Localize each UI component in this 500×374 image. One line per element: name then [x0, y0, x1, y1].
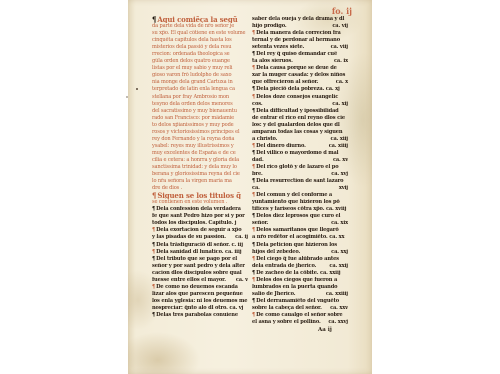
chapter-entry: ¶Delos diez leprosos que curo elca. xixs…	[252, 213, 348, 227]
chapter-entry: ¶Delos doze consejos euangelicca. xijcos…	[252, 94, 348, 108]
chapter-line: ¶De como caualgo el señor sobre	[252, 312, 348, 319]
chapter-line: yuntamiento que hizieron los põ	[252, 199, 348, 206]
chapter-line: ¶Delos doze consejos euangelic	[252, 94, 348, 101]
chapter-entry: ¶Dela peticion que hizieron losca. xxjhi…	[252, 242, 348, 256]
manuscript-page: fo. ij ¶Aqui comiẽça la segũ da parte de…	[128, 0, 372, 374]
intro-line: to delos xp̃ianissimos y muy pode	[152, 122, 248, 129]
intro-line: ysabel: reyes muy illustrissimos y	[152, 143, 248, 150]
chapter-line: ¶Dela difficultad y ipossibilidad	[252, 108, 348, 115]
chapter-line: ca. xxijdela entrada de jherico.	[252, 263, 348, 270]
chapter-number: ca. xxv	[330, 305, 348, 312]
pilcrow-icon: ¶	[252, 94, 255, 100]
chapter-number: ca. ix	[334, 58, 348, 65]
chapter-number: ca. xv	[333, 157, 348, 164]
pilcrow-icon: ¶	[252, 298, 255, 304]
chapter-line: ca. xxvsobre la cabeça del señor.	[252, 305, 348, 312]
chapter-line: ternal y de perdonar al hermano	[252, 37, 348, 44]
intro-line: stellana por fray Ambrosio mon	[152, 94, 248, 101]
pilcrow-icon: ¶	[152, 256, 155, 262]
chapter-line: ¶Dela trãsfiguraciõ dl señor. c. iij	[152, 242, 248, 249]
chapter-line: nospreciar: q̃nto alo dl otro. ca. vj	[152, 305, 248, 312]
chapter-entry: ¶De como no deuemos escandalizar alos qu…	[152, 284, 248, 312]
chapter-line: cacion dlos discipulos sobre qual	[152, 270, 248, 277]
pilcrow-icon: ¶	[252, 242, 255, 248]
pilcrow-icon: ¶	[152, 249, 155, 255]
pilcrow-icon: ¶	[252, 164, 255, 170]
chapter-entry: ¶Delos dos ciegos que fueron alumbrados …	[252, 277, 348, 298]
pilcrow-icon: ¶	[252, 30, 255, 36]
chapter-entry: ¶Del ciego q̃ fue alũbrado antesca. xxij…	[252, 256, 348, 270]
chapter-line: lumbrados en la puerta quando	[252, 284, 348, 291]
chapter-line: ¶Del rico glotõ y de lazaro el po	[252, 164, 348, 171]
chapter-line: ¶Del derramamiẽto del vnguẽto	[252, 298, 348, 305]
intro-line: terpretado de latin enla lengua ca	[152, 86, 248, 93]
chapter-entry: ¶Dela confession dela verdaderafe que sa…	[152, 206, 248, 227]
pilcrow-icon: ¶	[252, 256, 255, 262]
chapter-line: ca. xvdad.	[252, 157, 348, 164]
pilcrow-icon: ¶	[252, 51, 255, 57]
chapter-line: ¶Del ciego q̃ fue alũbrado antes	[252, 256, 348, 263]
chapter-line: saber dela oueja y dela drama y dl	[252, 16, 348, 23]
chapter-line: amparan todas las cosas y siguen	[252, 129, 348, 136]
intro-line: rosos y victoriosissimos principes el	[152, 129, 248, 136]
intro-line: cilia e cetera: a honrra y gloria dela	[152, 157, 248, 164]
chapter-line: ¶Del villico o mayordomo d mal	[252, 150, 348, 157]
intro-line: tesyno dela orden delos menores	[152, 101, 248, 108]
wormhole-mark	[126, 96, 128, 98]
chapter-entry: saber dela oueja y dela drama y dlca. vi…	[252, 16, 348, 30]
intro-line: rrecion: ordenada theologica se	[152, 51, 248, 58]
chapter-line: ca. xque offrecieron al señor.	[252, 79, 348, 86]
intro-line: rey don Fernando y la reyna doña	[152, 136, 248, 143]
chapter-number: ca. xvj	[331, 171, 348, 178]
chapter-number: ca. x	[336, 79, 348, 86]
chapter-number: ca. xxij	[329, 263, 348, 270]
chapter-line: lizar alos que parescen pequeñue	[152, 291, 248, 298]
intro-line: su xp̃o. El qual cõtiene en este volume	[152, 30, 248, 37]
chapter-line: ¶Dela causa porque se deue de	[252, 65, 348, 72]
chapter-number: ca. xiij	[331, 136, 349, 143]
right-column: saber dela oueja y dela drama y dlca. vi…	[252, 16, 348, 326]
intro-line: listas por el muy sabio y muy reli	[152, 65, 248, 72]
chapter-entry: ¶Dela resurrection de sant lazaroxvijca.	[252, 178, 348, 192]
section-heading: ¶Siguen se los titulos q̃	[152, 192, 248, 199]
pilcrow-icon: ¶	[252, 65, 255, 71]
intro-line: lo nr̃a señora la virgen maria ma	[152, 178, 248, 185]
chapter-line: ¶Dela manera dela correcion fra	[252, 30, 348, 37]
intro-line: nia monge dela grand Cartuxa in	[152, 79, 248, 86]
chapter-line: ¶Del tributo que se pago por el	[152, 256, 248, 263]
chapter-line: ¶Dela exortacion de seguir a xp̃o	[152, 227, 248, 234]
chapter-entry: ¶Del derramamiẽto del vnguẽtoca. xxvsobr…	[252, 298, 348, 312]
intro-line: rado san Francisco: por mãdamie	[152, 115, 248, 122]
pilcrow-icon: ¶	[252, 178, 255, 184]
chapter-line: ¶Dela peticion que hizieron los	[252, 242, 348, 249]
pilcrow-icon: ¶	[252, 108, 255, 114]
chapter-line: ca. xiiij¶Del dinero diurno.	[252, 143, 348, 150]
chapter-line: ¶Del rey q̃ quiso demandar cuẽ	[252, 51, 348, 58]
chapter-line: ¶Del comun y del conforme a	[252, 192, 348, 199]
chapter-line: ca. xxvjel asna y sobre el pollino.	[252, 319, 348, 326]
chapter-line: ¶Delas tres parabolas conuiene	[152, 312, 248, 319]
chapter-number: ca. xix	[331, 220, 348, 227]
chapter-entry: ¶Del tributo que se pago por elseñor y p…	[152, 256, 248, 284]
chapter-line: ca. viijsetenta vezes siete.	[252, 44, 348, 51]
chapter-line: señor y por sant pedro y dela alter	[152, 263, 248, 270]
chapter-entry: ¶Dela exortacion de seguir a xp̃oca. ijy…	[152, 227, 248, 241]
pilcrow-icon: ¶	[152, 206, 155, 212]
wormhole-mark	[136, 88, 138, 90]
chapter-entry: ¶Dela sanidad dl lunatico. ca. iiij	[152, 249, 248, 256]
chapter-entry: ¶Delos samaritanos que llegarõa nr̃o red…	[252, 227, 348, 241]
pilcrow-icon: ¶	[152, 242, 155, 248]
chapter-number: xvij	[339, 185, 348, 192]
chapter-line: todos los discipulos. Capitulo. j	[152, 220, 248, 227]
pilcrow-icon: ¶	[152, 16, 156, 23]
intro-line: cinquẽta capitulos dela hasta los	[152, 37, 248, 44]
pilcrow-icon: ¶	[152, 192, 156, 199]
signature-mark: Aa ij	[318, 327, 332, 333]
chapter-list: saber dela oueja y dela drama y dlca. vi…	[252, 16, 348, 326]
intro-line: misterios dela passiõ y dela resu	[152, 44, 248, 51]
chapter-line: ca. ijy las pisadas de su passion.	[152, 234, 248, 241]
pilcrow-icon: ¶	[252, 150, 255, 156]
chapter-number: ca. xxiiij	[326, 291, 348, 298]
intro-text: da parte dela vida de nr̃o señor jesu xp…	[152, 23, 248, 192]
chapter-line: ¶De como no deuemos escanda	[152, 284, 248, 291]
chapter-line: xvijca.	[252, 185, 348, 192]
intro-line: muy excelentes de España e de ce	[152, 150, 248, 157]
left-column: ¶Aqui comiẽça la segũ da parte dela vida…	[152, 16, 248, 319]
chapter-entry: ¶Del rey q̃ quiso demandar cuẽca. ixta a…	[252, 51, 348, 65]
chapter-number: ca. xxj	[331, 249, 348, 256]
chapter-line: ¶Delos diez leprosos que curo el	[252, 213, 348, 220]
chapter-entry: ¶De como caualgo el señor sobreca. xxvje…	[252, 312, 348, 326]
pilcrow-icon: ¶	[152, 312, 155, 318]
chapter-entry: ¶Dela manera dela correcion fraternal y …	[252, 30, 348, 51]
chapter-line: ¶Delos dos ciegos que fueron a	[252, 277, 348, 284]
chapter-line: los enla yglesia: ni los deuemos me	[152, 298, 248, 305]
pilcrow-icon: ¶	[252, 213, 255, 219]
chapter-line: ca. xixseñor.	[252, 220, 348, 227]
section-subheading: se contienen en este volumen .	[152, 199, 248, 206]
chapter-line: ca. ixta alos sieruos.	[252, 58, 348, 65]
chapter-line: ca. xiija christo.	[252, 136, 348, 143]
chapter-line: de entrar el rico enl reyno dlos cie	[252, 115, 348, 122]
chapter-number: ca. ij	[235, 234, 248, 241]
pilcrow-icon: ¶	[252, 86, 255, 92]
chapter-number: ca. xxvj	[328, 319, 348, 326]
chapter-number: ca. v	[236, 277, 248, 284]
chapter-entry: ¶De zacheo de la cõbite. ca. xxiij	[252, 270, 348, 277]
intro-line: berana y gloriosissima reyna del cie	[152, 171, 248, 178]
chapter-entry: ¶Dela trãsfiguraciõ dl señor. c. iij	[152, 242, 248, 249]
chapter-line: ca. xxiiijsalio de Jherico.	[252, 291, 348, 298]
chapter-line: ¶Delos samaritanos que llegarõ	[252, 227, 348, 234]
chapter-list: ¶Dela confession dela verdaderafe que sa…	[152, 206, 248, 319]
chapter-line: ¶Dela resurrection de sant lazaro	[252, 178, 348, 185]
chapter-line: ca. xijcos.	[252, 101, 348, 108]
intro-line: gũla orden delos quatro euange	[152, 58, 248, 65]
chapter-entry: ¶Del comun y del conforme ayuntamiento q…	[252, 192, 348, 213]
chapter-number: ca. vij	[332, 23, 348, 30]
intro-line: sanctissima trinidad: y dela muy lo	[152, 164, 248, 171]
pilcrow-icon: ¶	[252, 270, 255, 276]
chapter-line: ca. xxjhijos del zebedeo.	[252, 249, 348, 256]
chapter-line: ca. vijhijo prodigo.	[252, 23, 348, 30]
pilcrow-icon: ¶	[252, 312, 255, 318]
chapter-line: los: y del gualardon delos que dl	[252, 122, 348, 129]
pilcrow-icon: ¶	[252, 143, 255, 149]
chapter-line: ca. vfuesse entre ellos el mayor.	[152, 277, 248, 284]
pilcrow-icon: ¶	[152, 284, 155, 290]
intro-heading: ¶Aqui comiẽça la segũ	[152, 16, 248, 23]
pilcrow-icon: ¶	[152, 227, 155, 233]
chapter-line: ¶Dela confession dela verdadera	[152, 206, 248, 213]
chapter-entry: ¶Dela causa porque se deue dexar la muge…	[252, 65, 348, 86]
chapter-number: ca. viij	[331, 44, 348, 51]
chapter-number: ca. xiiij	[329, 143, 348, 150]
chapter-line: tifices y fariseos cõtra xp̃o. ca. xviij	[252, 206, 348, 213]
intro-line: da parte dela vida de nr̃o señor je	[152, 23, 248, 30]
pilcrow-icon: ¶	[252, 192, 255, 198]
chapter-line: fe que sant Pedro hizo por si y por	[152, 213, 248, 220]
intro-line: dre de dios .	[152, 185, 248, 192]
chapter-entry: ¶Del rico glotõ y de lazaro el poca. xvj…	[252, 164, 348, 178]
chapter-entry: ¶Dela pieciõ dela pobreza. ca. xj	[252, 86, 348, 93]
chapter-entry: ¶Delas tres parabolas conuiene	[152, 312, 248, 319]
chapter-entry: ca. xiiij¶Del dinero diurno.	[252, 143, 348, 150]
intro-line: gioso varon frõ ludolpho de saxo	[152, 72, 248, 79]
chapter-line: ca. xvjbre.	[252, 171, 348, 178]
chapter-entry: ¶Dela difficultad y ipossibilidadde entr…	[252, 108, 348, 143]
chapter-line: ¶Dela pieciõ dela pobreza. ca. xj	[252, 86, 348, 93]
folio-number: fo. ij	[332, 6, 352, 16]
chapter-line: ¶De zacheo de la cõbite. ca. xxiij	[252, 270, 348, 277]
pilcrow-icon: ¶	[252, 227, 255, 233]
pilcrow-icon: ¶	[252, 277, 255, 283]
chapter-line: a nr̃o redẽtor el acogimiẽto. ca. xx	[252, 234, 348, 241]
chapter-line: ¶Dela sanidad dl lunatico. ca. iiij	[152, 249, 248, 256]
chapter-line: xar la muger casada: y delos niños	[252, 72, 348, 79]
chapter-number: ca. xij	[332, 101, 348, 108]
intro-line: del sacratissimo y muy bienauentu	[152, 108, 248, 115]
chapter-entry: ¶Del villico o mayordomo d malca. xvdad.	[252, 150, 348, 164]
